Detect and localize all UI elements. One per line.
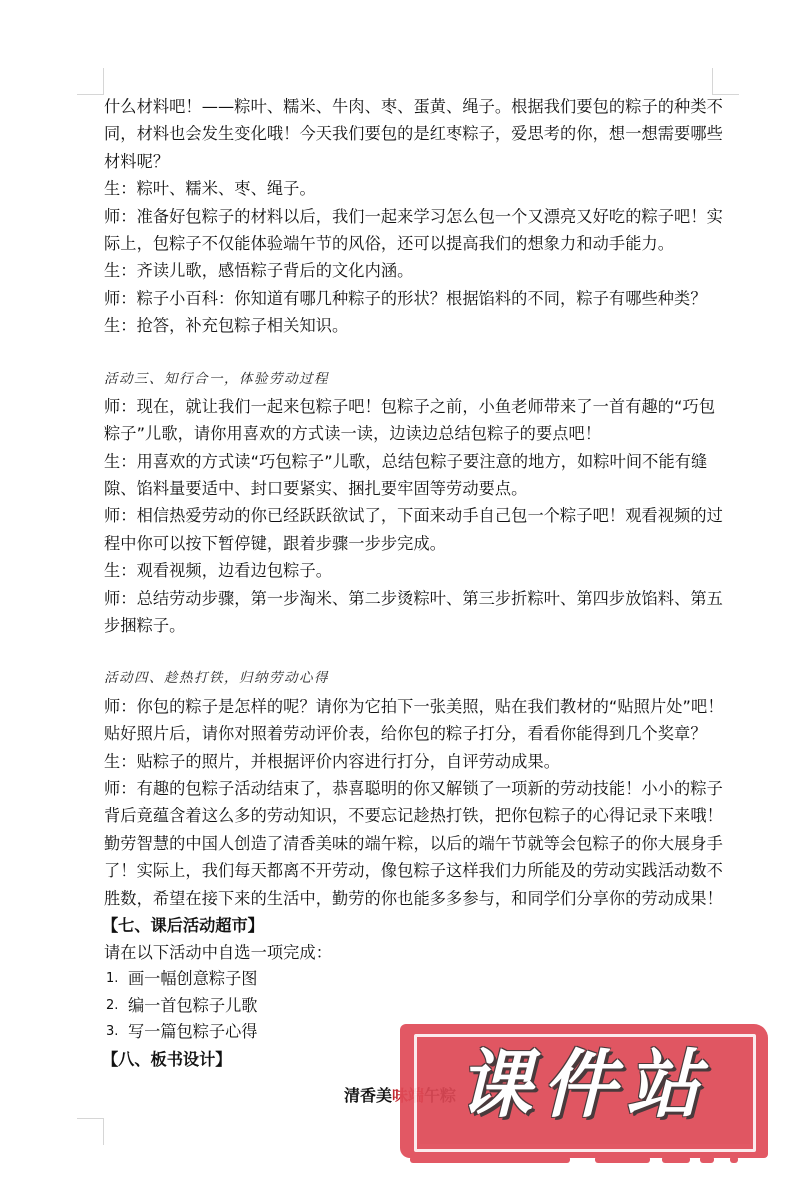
list-number: 1. — [104, 966, 128, 993]
spacer — [104, 340, 714, 366]
text-line: 贴好照片后，请你对照着劳动评价表，给你包的粽子打分，看看你能得到几个奖章？ — [104, 720, 714, 747]
list-item: 2. 编一首包粽子儿歌 — [104, 993, 714, 1020]
corner-mark-bottom-left — [77, 1118, 104, 1145]
text-line: 什么材料吧！——粽叶、糯米、牛肉、枣、蛋黄、绳子。根据我们要包的粽子的种类不 — [104, 93, 714, 120]
corner-mark-top-right — [712, 68, 739, 95]
section-7-heading: 【七、课后活动超市】 — [102, 912, 714, 939]
student-line: 生：抢答，补充包粽子相关知识。 — [104, 312, 714, 339]
text-line: 师：总结劳动步骤，第一步淘米、第二步烫粽叶、第三步折粽叶、第四步放馅料、第五 — [104, 585, 714, 612]
list-text: 写一篇包粽子心得 — [128, 1019, 258, 1046]
text-line: 隙、馅料量要适中、封口要紧实、捆扎要牢固等劳动要点。 — [104, 475, 714, 502]
text-line: 生：贴粽子的照片，并根据评价内容进行打分，自评劳动成果。 — [104, 748, 714, 775]
text-line: 材料呢？ — [104, 148, 714, 175]
text-line: 师：现在，就让我们一起来包粽子吧！包粽子之前，小鱼老师带来了一首有趣的“巧包 — [104, 393, 714, 420]
list-number: 2. — [104, 993, 128, 1020]
text-line: 程中你可以按下暂停键，跟着步骤一步步完成。 — [104, 530, 714, 557]
text-line: 同，材料也会发生变化哦！今天我们要包的是红枣粽子，爱思考的你，想一想需要哪些 — [104, 120, 714, 147]
text-line: 粽子”儿歌，请你用喜欢的方式读一读，边读边总结包粽子的要点吧！ — [104, 420, 714, 447]
board-title-part: 清香美 — [344, 1086, 392, 1105]
section-7-intro: 请在以下活动中自选一项完成： — [104, 939, 714, 966]
list-number: 3. — [104, 1019, 128, 1046]
intro-paragraph: 什么材料吧！——粽叶、糯米、牛肉、枣、蛋黄、绳子。根据我们要包的粽子的种类不 同… — [104, 93, 714, 175]
activity-4-section: 活动四、趁热打铁，归纳劳动心得 师：你包的粽子是怎样的呢？请你为它拍下一张美照，… — [104, 665, 714, 912]
spacer — [104, 639, 714, 665]
document-page: 什么材料吧！——粽叶、糯米、牛肉、枣、蛋黄、绳子。根据我们要包的粽子的种类不 同… — [104, 93, 714, 1073]
teacher-line: 师：准备好包粽子的材料以后，我们一起来学习怎么包一个又漂亮又好吃的粽子吧！实 — [104, 203, 714, 230]
student-line: 生：齐读儿歌，感悟粽子背后的文化内涵。 — [104, 257, 714, 284]
text-line: 步捆粽子。 — [104, 612, 714, 639]
list-text: 编一首包粽子儿歌 — [128, 993, 258, 1020]
student-line: 生：粽叶、糯米、枣、绳子。 — [104, 175, 714, 202]
activity-4-heading: 活动四、趁热打铁，归纳劳动心得 — [104, 665, 714, 692]
text-line: 背后竟蕴含着这么多的劳动知识，不要忘记趁热打铁，把你包粽子的心得记录下来哦！ — [104, 802, 714, 829]
dialogue-block: 生：粽叶、糯米、枣、绳子。 师：准备好包粽子的材料以后，我们一起来学习怎么包一个… — [104, 175, 714, 339]
text-line: 生：观看视频，边看边包粽子。 — [104, 557, 714, 584]
text-line: 了！实际上，我们每天都离不开劳动，像包粽子这样我们力所能及的劳动实践活动数不 — [104, 857, 714, 884]
teacher-line-cont: 际上，包粽子不仅能体验端午节的风俗，还可以提高我们的想象力和动手能力。 — [104, 230, 714, 257]
list-item: 1. 画一幅创意粽子图 — [104, 966, 714, 993]
watermark-text: 课件站 — [414, 1030, 754, 1140]
activity-3-section: 活动三、知行合一，体验劳动过程 师：现在，就让我们一起来包粽子吧！包粽子之前，小… — [104, 366, 714, 640]
text-line: 勤劳智慧的中国人创造了清香美味的端午粽，以后的端午节就等会包粽子的你大展身手 — [104, 830, 714, 857]
text-line: 生：用喜欢的方式读“巧包粽子”儿歌，总结包粽子要注意的地方，如粽叶间不能有缝 — [104, 448, 714, 475]
text-line: 胜数，希望在接下来的生活中，勤劳的你也能多多参与，和同学们分享你的劳动成果！ — [104, 885, 714, 912]
teacher-line: 师：粽子小百科：你知道有哪几种粽子的形状？根据馅料的不同，粽子有哪些种类？ — [104, 285, 714, 312]
text-line: 师：相信热爱劳动的你已经跃跃欲试了，下面来动手自己包一个粽子吧！观看视频的过 — [104, 502, 714, 529]
corner-mark-top-left — [77, 68, 104, 95]
stamp-rough-edge — [400, 1156, 768, 1164]
text-line: 师：有趣的包粽子活动结束了，恭喜聪明的你又解锁了一项新的劳动技能！小小的粽子 — [104, 775, 714, 802]
watermark-stamp: 课件站 — [400, 1024, 768, 1164]
list-text: 画一幅创意粽子图 — [128, 966, 258, 993]
text-line: 师：你包的粽子是怎样的呢？请你为它拍下一张美照，贴在我们教材的“贴照片处”吧！ — [104, 693, 714, 720]
activity-3-heading: 活动三、知行合一，体验劳动过程 — [104, 366, 714, 393]
